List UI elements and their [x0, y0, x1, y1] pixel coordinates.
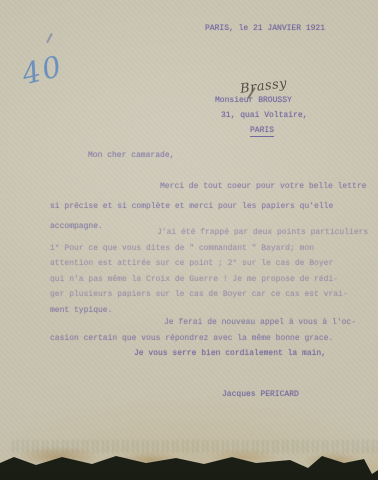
- body-line: casion certain que vous répondrez avec l…: [50, 335, 372, 351]
- body-line: ger plusieurs papiers sur le cas de Boye…: [50, 291, 372, 307]
- body-line: 1° Pour ce que vous dites de " commandan…: [50, 245, 372, 261]
- scanned-letter-photo: 40 PARIS, le 21 JANVIER 1921 Brassy Mons…: [0, 0, 378, 480]
- letter-page: 40 PARIS, le 21 JANVIER 1921 Brassy Mons…: [0, 0, 378, 480]
- archive-number-handwritten: 40: [18, 49, 66, 92]
- body-line: Je ferai de nouveau appel à vous à l'oc-: [50, 319, 372, 335]
- body-line: J'ai été frappé par deux points particul…: [50, 229, 372, 245]
- recipient-city-text: PARIS: [250, 127, 274, 137]
- pencil-tick-mark: [46, 33, 53, 44]
- date-line: PARIS, le 21 JANVIER 1921: [205, 25, 325, 33]
- paragraph-3: Je ferai de nouveau appel à vous à l'oc-…: [50, 319, 372, 366]
- recipient-address-line: 31, quai Voltaire,: [221, 112, 307, 120]
- body-line: qui n'a pas même la Croix de Guerre ! Je…: [50, 276, 372, 292]
- body-line: Merci de tout coeur pour votre belle let…: [50, 183, 372, 203]
- recipient-name-line: Monsieur BROUSSY: [215, 97, 292, 105]
- salutation: Mon cher camarade,: [88, 152, 174, 160]
- paragraph-2: J'ai été frappé par deux points particul…: [50, 229, 372, 322]
- recipient-name-handwritten-correction: Brassy: [239, 76, 288, 97]
- body-line: si précise et si complète et merci pour …: [50, 203, 372, 223]
- signature: Jacques PERICARD: [222, 391, 299, 399]
- recipient-city: PARIS: [250, 127, 274, 137]
- body-line: Je vous serre bien cordialement la main,: [50, 350, 372, 366]
- body-line: attention est attirée sur ce point ; 2° …: [50, 260, 372, 276]
- show-through-ghost-text: [12, 440, 378, 453]
